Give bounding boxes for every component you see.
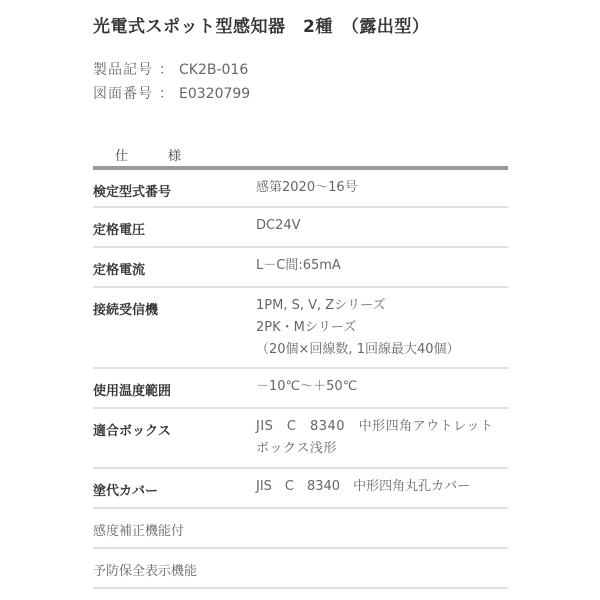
spec-value-line: －10℃～＋50℃ bbox=[256, 376, 357, 398]
page-title: 光電式スポット型感知器 2種 （露出型） bbox=[93, 12, 429, 37]
product-meta: 製品記号：CK2B-016 図面番号：E0320799 bbox=[93, 58, 250, 106]
spec-value: JIS C 8340 中形四角アウトレットボックス浅形 bbox=[256, 405, 506, 467]
spec-row-rated-voltage: 定格電圧 DC24V bbox=[93, 208, 508, 248]
spec-value-line: L－C間:65mA bbox=[256, 255, 341, 277]
separator: ： bbox=[153, 62, 179, 78]
spec-label: 適合ボックス bbox=[93, 409, 256, 467]
spec-value-line: （20個×回線数, 1回線最大40個） bbox=[256, 339, 460, 361]
spec-value-line: JIS C 8340 中形四角アウトレットボックス浅形 bbox=[256, 416, 506, 460]
spec-table: 検定型式番号 感第2020～16号 定格電圧 DC24V 定格電流 L－C間:6… bbox=[93, 166, 508, 589]
spec-value: －10℃～＋50℃ bbox=[256, 365, 357, 407]
spec-value-line: DC24V bbox=[256, 215, 301, 237]
spec-value: 1PM, S, V, Zシリーズ 2PK・Mシリーズ （20個×回線数, 1回線… bbox=[256, 284, 460, 367]
spec-value: 感第2020～16号 bbox=[256, 166, 358, 206]
spec-value: DC24V bbox=[256, 204, 301, 246]
spec-heading-right: 様 bbox=[168, 149, 181, 164]
spec-label: 感度補正機能付 bbox=[93, 509, 256, 547]
spec-row-cover: 塗代カバー JIS C 8340 中形四角丸孔カバー bbox=[93, 469, 508, 509]
spec-value-line: 1PM, S, V, Zシリーズ bbox=[256, 295, 460, 317]
spec-label: 定格電流 bbox=[93, 248, 256, 286]
spec-row-preventive-maintenance: 予防保全表示機能 bbox=[93, 549, 508, 589]
product-code-value: CK2B-016 bbox=[179, 62, 248, 78]
spec-value: L－C間:65mA bbox=[256, 244, 341, 286]
spec-row-sensitivity-correction: 感度補正機能付 bbox=[93, 509, 508, 549]
spec-heading-left: 仕 bbox=[115, 149, 128, 164]
spec-value-line: JIS C 8340 中形四角丸孔カバー bbox=[256, 476, 470, 498]
spec-label: 使用温度範囲 bbox=[93, 369, 256, 407]
spec-row-receivers: 接続受信機 1PM, S, V, Zシリーズ 2PK・Mシリーズ （20個×回線… bbox=[93, 288, 508, 369]
spec-row-rated-current: 定格電流 L－C間:65mA bbox=[93, 248, 508, 288]
spec-row-compatible-box: 適合ボックス JIS C 8340 中形四角アウトレットボックス浅形 bbox=[93, 409, 508, 469]
spec-value-line: 2PK・Mシリーズ bbox=[256, 317, 460, 339]
spec-heading: 仕様 bbox=[115, 145, 181, 164]
spec-label: 接続受信機 bbox=[93, 288, 256, 367]
spec-label: 予防保全表示機能 bbox=[93, 549, 256, 587]
spec-label: 塗代カバー bbox=[93, 469, 256, 507]
spec-label: 定格電圧 bbox=[93, 208, 256, 246]
drawing-number-value: E0320799 bbox=[179, 86, 250, 102]
product-code-row: 製品記号：CK2B-016 bbox=[93, 58, 250, 82]
spec-row-temperature: 使用温度範囲 －10℃～＋50℃ bbox=[93, 369, 508, 409]
spec-label: 検定型式番号 bbox=[93, 170, 256, 206]
spec-value: JIS C 8340 中形四角丸孔カバー bbox=[256, 465, 470, 507]
drawing-number-label: 図面番号 bbox=[93, 86, 153, 102]
product-code-label: 製品記号 bbox=[93, 62, 153, 78]
spec-row-certification: 検定型式番号 感第2020～16号 bbox=[93, 170, 508, 208]
spec-value-line: 感第2020～16号 bbox=[256, 177, 358, 199]
drawing-number-row: 図面番号：E0320799 bbox=[93, 82, 250, 106]
separator: ： bbox=[153, 86, 179, 102]
